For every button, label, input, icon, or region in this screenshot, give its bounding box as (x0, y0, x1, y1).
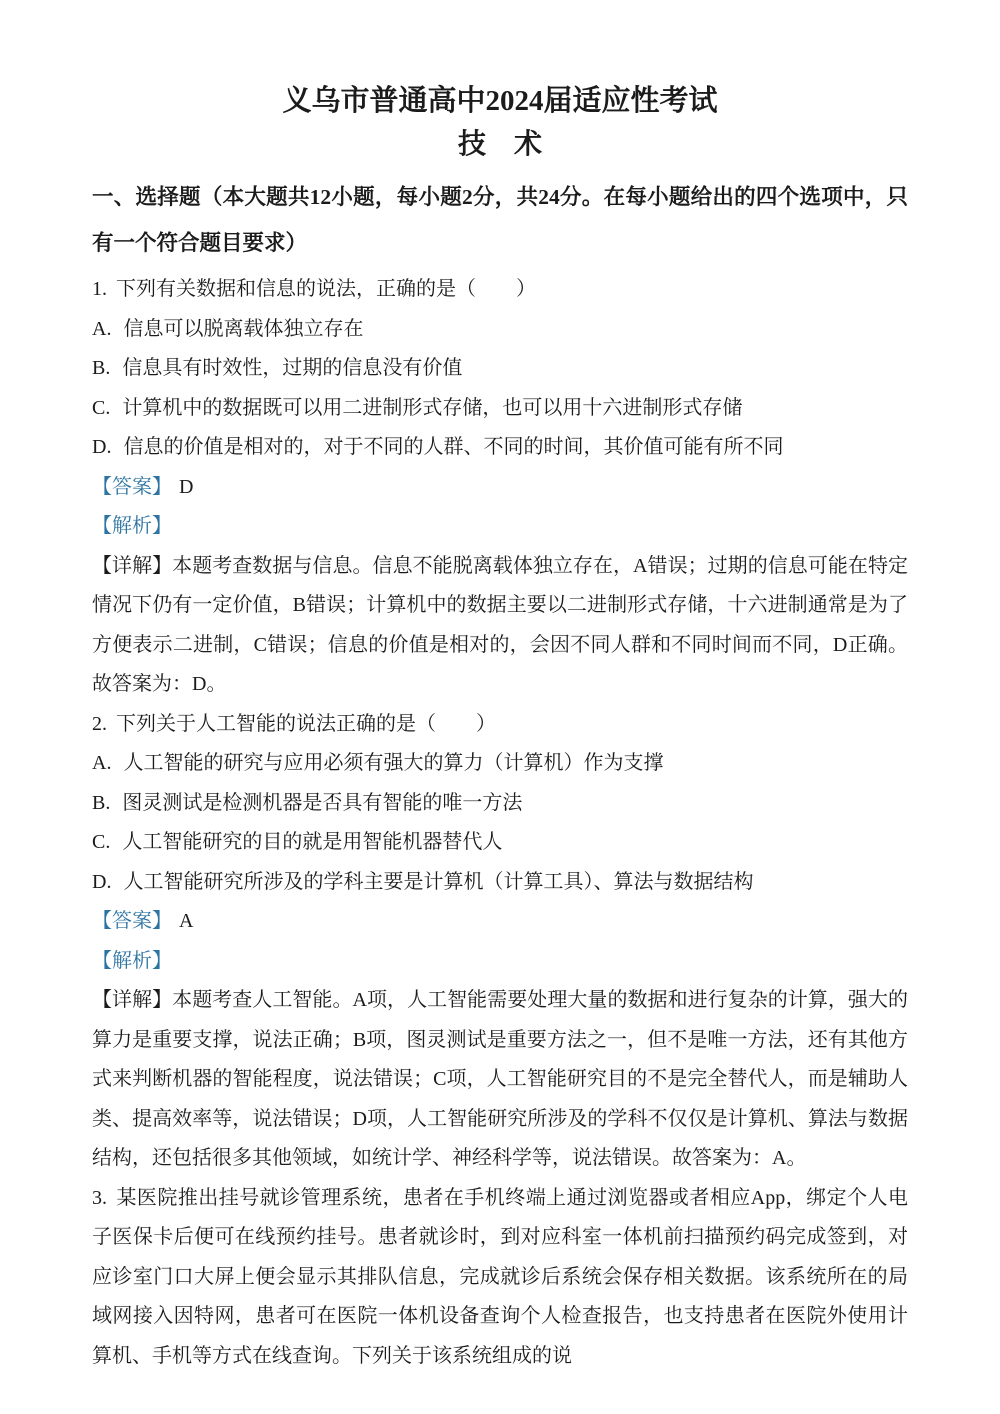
question-2-stem: 2.下列关于人工智能的说法正确的是（ ） (92, 705, 908, 745)
question-3-stem: 3.某医院推出挂号就诊管理系统，患者在手机终端上通过浏览器或者相应App，绑定个… (92, 1179, 908, 1377)
question-2-answer-row: 【答案】A (92, 902, 908, 942)
question-2-number: 2. (92, 713, 107, 735)
analysis-label: 【解析】 (92, 942, 908, 982)
question-1-detail: 【详解】本题考查数据与信息。信息不能脱离载体独立存在，A错误；过期的信息可能在特… (92, 547, 908, 705)
question-2-detail-text: 本题考查人工智能。A项，人工智能需要处理大量的数据和进行复杂的计算，强大的算力是… (92, 989, 908, 1169)
page-title: 义乌市普通高中2024届适应性考试 (92, 80, 908, 122)
option-key: B. (92, 357, 110, 379)
option-key: A. (92, 318, 111, 340)
option-text: 人工智能的研究与应用必须有强大的算力（计算机）作为支撑 (123, 752, 663, 774)
question-3-stem-text: 某医院推出挂号就诊管理系统，患者在手机终端上通过浏览器或者相应App，绑定个人电… (92, 1187, 908, 1367)
question-2-option-a: A.人工智能的研究与应用必须有强大的算力（计算机）作为支撑 (92, 744, 908, 784)
questions-content: 1.下列有关数据和信息的说法，正确的是（ ） A.信息可以脱离载体独立存在 B.… (92, 270, 908, 1376)
question-1-detail-text: 本题考查数据与信息。信息不能脱离载体独立存在，A错误；过期的信息可能在特定情况下… (92, 555, 908, 696)
answer-label: 【答案】 (92, 476, 172, 498)
question-1-answer: D (179, 476, 193, 498)
option-key: C. (92, 831, 110, 853)
option-key: A. (92, 752, 111, 774)
analysis-label: 【解析】 (92, 507, 908, 547)
option-text: 信息的价值是相对的，对于不同的人群、不同的时间，其价值可能有所不同 (123, 436, 783, 458)
question-2-option-b: B.图灵测试是检测机器是否具有智能的唯一方法 (92, 784, 908, 824)
question-2-option-d: D.人工智能研究所涉及的学科主要是计算机（计算工具）、算法与数据结构 (92, 863, 908, 903)
question-1-number: 1. (92, 278, 107, 300)
question-2-stem-text: 下列关于人工智能的说法正确的是（ ） (116, 713, 496, 735)
option-text: 信息具有时效性，过期的信息没有价值 (122, 357, 462, 379)
subject-title: 技 术 (92, 124, 908, 166)
option-key: C. (92, 397, 110, 419)
exam-page: 义乌市普通高中2024届适应性考试 技 术 一、选择题（本大题共12小题，每小题… (0, 0, 1000, 1376)
detail-label: 【详解】 (92, 989, 172, 1011)
question-1-stem-text: 下列有关数据和信息的说法，正确的是（ ） (116, 278, 536, 300)
option-text: 人工智能研究的目的就是用智能机器替代人 (122, 831, 502, 853)
option-text: 计算机中的数据既可以用二进制形式存储，也可以用十六进制形式存储 (122, 397, 742, 419)
detail-label: 【详解】 (92, 555, 172, 577)
question-3-number: 3. (92, 1187, 107, 1209)
option-text: 图灵测试是检测机器是否具有智能的唯一方法 (122, 792, 522, 814)
question-1-option-d: D.信息的价值是相对的，对于不同的人群、不同的时间，其价值可能有所不同 (92, 428, 908, 468)
option-text: 人工智能研究所涉及的学科主要是计算机（计算工具）、算法与数据结构 (123, 871, 753, 893)
option-key: D. (92, 871, 111, 893)
question-1-answer-row: 【答案】D (92, 468, 908, 508)
answer-label: 【答案】 (92, 910, 172, 932)
question-1-option-c: C.计算机中的数据既可以用二进制形式存储，也可以用十六进制形式存储 (92, 389, 908, 429)
question-2-detail: 【详解】本题考查人工智能。A项，人工智能需要处理大量的数据和进行复杂的计算，强大… (92, 981, 908, 1179)
question-2-option-c: C.人工智能研究的目的就是用智能机器替代人 (92, 823, 908, 863)
question-1-stem: 1.下列有关数据和信息的说法，正确的是（ ） (92, 270, 908, 310)
option-text: 信息可以脱离载体独立存在 (123, 318, 363, 340)
question-2-answer: A (179, 910, 193, 932)
question-1-option-a: A.信息可以脱离载体独立存在 (92, 310, 908, 350)
section-heading: 一、选择题（本大题共12小题，每小题2分，共24分。在每小题给出的四个选项中，只… (92, 174, 908, 266)
option-key: B. (92, 792, 110, 814)
question-1-option-b: B.信息具有时效性，过期的信息没有价值 (92, 349, 908, 389)
option-key: D. (92, 436, 111, 458)
